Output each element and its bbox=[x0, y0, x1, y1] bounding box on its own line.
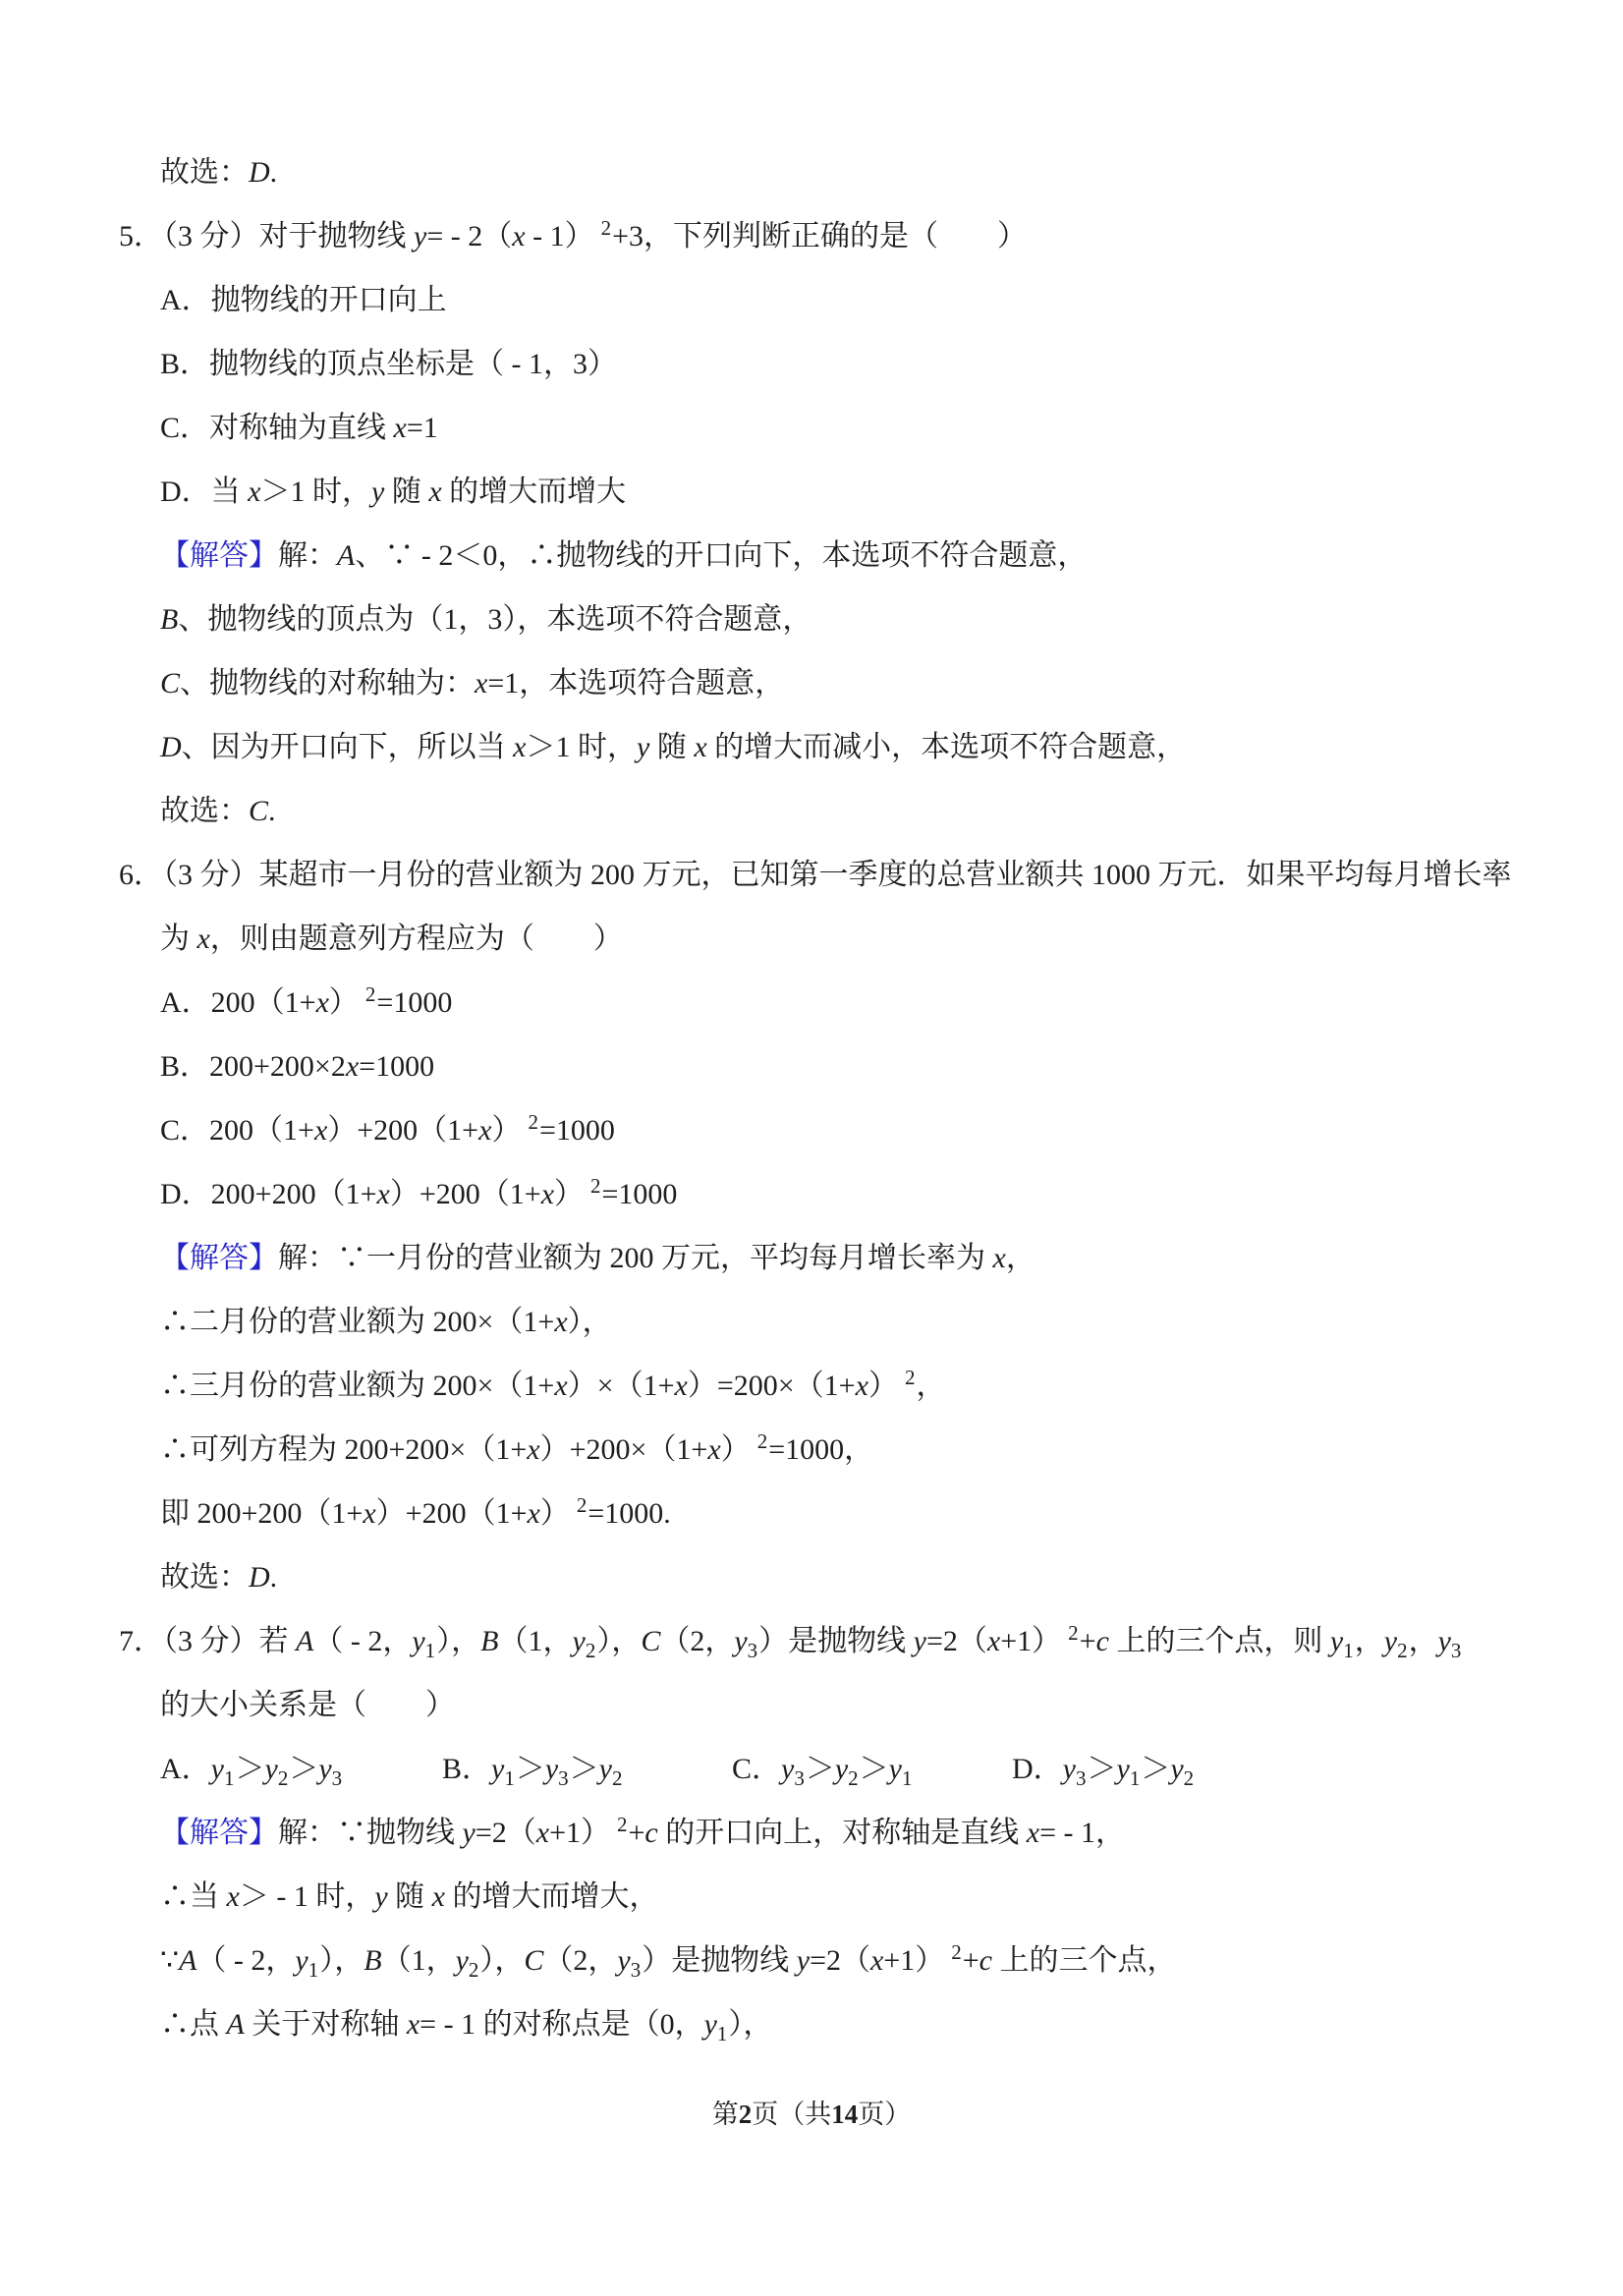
text-segment: y bbox=[734, 1625, 747, 1657]
text-segment: 2 bbox=[848, 1766, 859, 1790]
text-segment: y bbox=[914, 1625, 926, 1657]
text-segment: 2 bbox=[612, 1766, 623, 1790]
text-segment: x bbox=[248, 476, 260, 508]
text-segment: 故选： bbox=[160, 1561, 249, 1594]
text-segment: +1） bbox=[549, 1817, 610, 1849]
text-segment: =1000 bbox=[359, 1050, 434, 1083]
text-segment: +1） bbox=[1000, 1625, 1061, 1657]
text-line: 故选：D. bbox=[0, 140, 1623, 204]
text-segment: y bbox=[318, 1753, 331, 1785]
text-segment: y bbox=[637, 731, 649, 763]
text-line: A．抛物线的开口向上 bbox=[0, 268, 1623, 332]
text-segment: 1 bbox=[717, 2022, 728, 2045]
answer-label: 【解答】 bbox=[160, 1817, 278, 1849]
text-line: 6．（3 分）某超市一月份的营业额为 200 万元，已知第一季度的总营业额共 1… bbox=[0, 843, 1623, 907]
text-segment: ） bbox=[491, 1114, 521, 1147]
text-segment: 随 bbox=[388, 1880, 432, 1913]
text-segment: 1 bbox=[425, 1639, 436, 1662]
text-segment: y bbox=[889, 1753, 902, 1785]
text-line: C．200（1+x）+200（1+x）2=1000 bbox=[0, 1098, 1623, 1162]
answer-label: 【解答】 bbox=[160, 539, 278, 572]
text-segment: ）， bbox=[436, 1625, 480, 1657]
text-segment: x bbox=[541, 1178, 554, 1210]
text-segment: y bbox=[1330, 1625, 1343, 1657]
text-segment: y bbox=[374, 1880, 387, 1913]
text-segment: B bbox=[364, 1944, 381, 1977]
text-segment: x bbox=[536, 1817, 549, 1849]
text-segment: B．200+200×2 bbox=[160, 1050, 346, 1083]
text-segment: 关于对称轴 bbox=[245, 2008, 407, 2041]
text-segment: c bbox=[644, 1817, 657, 1849]
text-segment: 1 bbox=[902, 1766, 913, 1790]
text-segment: x bbox=[377, 1178, 390, 1210]
text-line: ∵A（ - 2，y1），B（1，y2），C（2，y3）是抛物线 y=2（x+1）… bbox=[0, 1929, 1623, 1992]
text-segment: = - 1， bbox=[1039, 1817, 1125, 1849]
text-segment: y bbox=[412, 1625, 424, 1657]
text-segment: ∴三月份的营业额为 200×（1+ bbox=[160, 1370, 554, 1402]
text-segment: 的开口向上，对称轴是直线 bbox=[658, 1817, 1027, 1849]
text-segment: ）， bbox=[596, 1625, 641, 1657]
text-segment: D． bbox=[1012, 1753, 1063, 1785]
text-segment: ， bbox=[916, 1370, 945, 1402]
text-segment: 3 bbox=[794, 1766, 805, 1790]
text-line: C．对称轴为直线 x=1 bbox=[0, 396, 1623, 460]
text-segment: + bbox=[1080, 1625, 1096, 1657]
text-segment: 3 bbox=[631, 1958, 642, 1982]
text-line: 即 200+200（1+x）+200（1+x）2=1000. bbox=[0, 1482, 1623, 1545]
text-segment: A．抛物线的开口向上 bbox=[160, 284, 447, 316]
text-segment: 解：∵抛物线 bbox=[278, 1817, 463, 1849]
text-segment: D bbox=[249, 1561, 270, 1594]
option-cell: A．y1＞y2＞y3 bbox=[160, 1737, 442, 1801]
text-line: A．200（1+x）2=1000 bbox=[0, 971, 1623, 1035]
text-segment: . bbox=[268, 795, 276, 827]
text-line: ∴三月份的营业额为 200×（1+x）×（1+x）=200×（1+x）2， bbox=[0, 1354, 1623, 1418]
text-segment: y bbox=[265, 1753, 278, 1785]
text-segment: C． bbox=[732, 1753, 781, 1785]
text-segment: ）+200×（1+ bbox=[540, 1433, 708, 1466]
text-segment: A bbox=[296, 1625, 313, 1657]
text-segment: C bbox=[249, 795, 268, 827]
text-segment: ＞ bbox=[289, 1753, 318, 1785]
text-segment: 解：∵一月份的营业额为 200 万元，平均每月增长率为 bbox=[278, 1242, 993, 1274]
text-segment: 3 bbox=[1076, 1766, 1087, 1790]
text-segment: =2（ bbox=[476, 1817, 536, 1849]
text-segment: 、因为开口向下，所以当 bbox=[182, 731, 514, 763]
text-segment: x bbox=[197, 923, 210, 955]
text-segment: 上的三个点， bbox=[992, 1944, 1177, 1977]
text-segment: 2 bbox=[1184, 1766, 1195, 1790]
text-segment: 2 bbox=[905, 1366, 916, 1389]
text-segment: B bbox=[480, 1625, 498, 1657]
text-line: C、抛物线的对称轴为：x=1，本选项符合题意， bbox=[0, 651, 1623, 715]
text-segment: =1000. bbox=[588, 1497, 670, 1530]
text-segment: y bbox=[463, 1817, 476, 1849]
text-segment: B．抛物线的顶点坐标是（ - 1，3） bbox=[160, 348, 617, 380]
text-segment: 故选： bbox=[160, 795, 249, 827]
text-segment: 的大小关系是（ ） bbox=[160, 1689, 455, 1721]
text-segment: ） bbox=[721, 1433, 751, 1466]
text-line: ∴二月份的营业额为 200×（1+x）， bbox=[0, 1290, 1623, 1354]
text-segment: x bbox=[428, 476, 441, 508]
text-segment: y bbox=[704, 2008, 717, 2041]
text-segment: y bbox=[1117, 1753, 1130, 1785]
text-segment: y bbox=[1170, 1753, 1183, 1785]
text-segment: + bbox=[629, 1817, 645, 1849]
text-segment: 2 bbox=[601, 216, 612, 240]
text-segment: y bbox=[1063, 1753, 1076, 1785]
text-segment: - 1） bbox=[526, 220, 594, 252]
text-segment: x bbox=[407, 2008, 420, 2041]
text-segment: x bbox=[856, 1370, 868, 1402]
text-segment: ＞ bbox=[516, 1753, 545, 1785]
text-segment: A．200（1+ bbox=[160, 986, 316, 1019]
text-segment: ∴当 bbox=[160, 1880, 227, 1913]
option-cell: C．y3＞y2＞y1 bbox=[732, 1737, 1012, 1801]
text-segment: y bbox=[781, 1753, 794, 1785]
text-segment: y bbox=[545, 1753, 558, 1785]
text-segment: 5．（3 分）对于抛物线 bbox=[119, 220, 414, 252]
text-segment: 1 bbox=[224, 1766, 235, 1790]
text-segment: 第 bbox=[712, 2100, 739, 2129]
text-segment: = - 1 的对称点是（0， bbox=[420, 2008, 703, 2041]
text-segment: ）， bbox=[568, 1306, 612, 1338]
text-segment: =1000 bbox=[539, 1114, 615, 1147]
text-segment: ，则由题意列方程应为（ ） bbox=[210, 923, 623, 955]
text-segment: 2 bbox=[757, 1429, 768, 1453]
text-segment: B． bbox=[442, 1753, 491, 1785]
text-segment: y bbox=[1438, 1625, 1451, 1657]
text-segment: x bbox=[675, 1370, 688, 1402]
text-segment: C bbox=[641, 1625, 660, 1657]
text-segment: x bbox=[694, 731, 706, 763]
text-segment: D bbox=[160, 731, 182, 763]
option-cell: B．y1＞y3＞y2 bbox=[442, 1737, 732, 1801]
text-segment: +3，下列判断正确的是（ ） bbox=[612, 220, 1027, 252]
text-segment: ∴可列方程为 200+200×（1+ bbox=[160, 1433, 527, 1466]
text-segment: 2 bbox=[1397, 1639, 1408, 1662]
text-segment: =1，本选项符合题意， bbox=[487, 667, 784, 700]
text-segment: 2 bbox=[469, 1958, 479, 1982]
text-line: 为 x，则由题意列方程应为（ ） bbox=[0, 907, 1623, 971]
text-segment: x bbox=[316, 986, 329, 1019]
text-segment: D bbox=[249, 156, 270, 189]
text-segment: 2 bbox=[528, 1110, 538, 1134]
text-line: 的大小关系是（ ） bbox=[0, 1673, 1623, 1737]
text-segment: y bbox=[1384, 1625, 1397, 1657]
text-segment: =2（ bbox=[926, 1625, 987, 1657]
text-line: 7．（3 分）若 A（ - 2，y1），B（1，y2），C（2，y3）是抛物线 … bbox=[0, 1609, 1623, 1673]
text-segment: x bbox=[512, 220, 525, 252]
text-segment: . bbox=[270, 1561, 278, 1594]
text-line: D．当 x＞1 时，y 随 x 的增大而增大 bbox=[0, 460, 1623, 524]
text-line: 【解答】解：∵抛物线 y=2（x+1）2+c 的开口向上，对称轴是直线 x= -… bbox=[0, 1801, 1623, 1865]
text-segment: 、∵ - 2＜0，∴抛物线的开口向下，本选项不符合题意， bbox=[355, 539, 1087, 572]
text-segment: ）+200（1+ bbox=[327, 1114, 478, 1147]
text-segment: ＞ bbox=[1141, 1753, 1170, 1785]
text-segment: ＞ bbox=[236, 1753, 265, 1785]
text-segment: C bbox=[160, 667, 180, 700]
text-segment: c bbox=[979, 1944, 992, 1977]
text-segment: =1000 bbox=[602, 1178, 678, 1210]
text-segment: 的增大而增大 bbox=[442, 476, 627, 508]
text-segment: ）， bbox=[479, 1944, 524, 1977]
text-segment: 的增大而减小，本选项不符合题意， bbox=[707, 731, 1187, 763]
text-segment: y bbox=[211, 1753, 224, 1785]
text-segment: y bbox=[371, 476, 384, 508]
text-segment: =1000， bbox=[768, 1433, 873, 1466]
text-segment: 3 bbox=[332, 1766, 343, 1790]
text-line: ∴点 A 关于对称轴 x= - 1 的对称点是（0，y1）， bbox=[0, 1992, 1623, 2056]
text-segment: （ - 2， bbox=[196, 1944, 295, 1977]
text-line: D．200+200（1+x）+200（1+x）2=1000 bbox=[0, 1162, 1623, 1226]
text-segment: ＞ bbox=[1088, 1753, 1117, 1785]
text-segment: x bbox=[478, 1114, 491, 1147]
text-segment: =1 bbox=[407, 412, 438, 444]
text-segment: ）+200（1+ bbox=[390, 1178, 541, 1210]
text-segment: x bbox=[993, 1242, 1006, 1274]
text-segment: x bbox=[513, 731, 526, 763]
text-segment: 2 bbox=[577, 1493, 588, 1517]
text-segment: ＞ bbox=[806, 1753, 835, 1785]
text-segment: ） bbox=[868, 1370, 898, 1402]
text-segment: + bbox=[963, 1944, 979, 1977]
text-segment: 1 bbox=[1130, 1766, 1141, 1790]
text-line: D、因为开口向下，所以当 x＞1 时，y 随 x 的增大而减小，本选项不符合题意… bbox=[0, 715, 1623, 779]
text-segment: ）=200×（1+ bbox=[688, 1370, 856, 1402]
text-segment: y bbox=[295, 1944, 308, 1977]
text-line: ∴当 x＞ - 1 时，y 随 x 的增大而增大， bbox=[0, 1865, 1623, 1929]
option-cell: D．y3＞y1＞y2 bbox=[1012, 1737, 1195, 1801]
text-segment: y bbox=[491, 1753, 504, 1785]
text-segment: y bbox=[617, 1944, 630, 1977]
text-segment: y bbox=[599, 1753, 612, 1785]
text-segment: （2， bbox=[660, 1625, 734, 1657]
text-segment: =1000 bbox=[376, 986, 452, 1019]
text-segment: x bbox=[1027, 1817, 1039, 1849]
text-segment: 页） bbox=[858, 2100, 911, 2129]
text-segment: x bbox=[346, 1050, 359, 1083]
text-segment: A bbox=[337, 539, 355, 572]
answer-label: 【解答】 bbox=[160, 1242, 278, 1274]
text-segment: x bbox=[987, 1625, 1000, 1657]
text-segment: ＞1 时， bbox=[261, 476, 372, 508]
text-segment: 2 bbox=[590, 1174, 601, 1198]
text-segment: ＞ - 1 时， bbox=[240, 1880, 375, 1913]
text-segment: 为 bbox=[160, 923, 197, 955]
text-segment: 、抛物线的对称轴为： bbox=[180, 667, 475, 700]
text-line: 【解答】解：∵一月份的营业额为 200 万元，平均每月增长率为 x， bbox=[0, 1226, 1623, 1290]
text-segment: = - 2（ bbox=[426, 220, 512, 252]
text-segment: 随 bbox=[649, 731, 694, 763]
text-segment: ）是抛物线 bbox=[642, 1944, 797, 1977]
text-segment: y bbox=[797, 1944, 810, 1977]
text-line: ∴可列方程为 200+200×（1+x）+200×（1+x）2=1000， bbox=[0, 1418, 1623, 1482]
text-segment: A． bbox=[160, 1753, 211, 1785]
text-segment: （1， bbox=[498, 1625, 572, 1657]
text-segment: x bbox=[227, 1880, 240, 1913]
text-segment: ）是抛物线 bbox=[758, 1625, 914, 1657]
text-segment: A bbox=[227, 2008, 245, 2041]
text-segment: 上的三个点，则 bbox=[1109, 1625, 1330, 1657]
text-segment: x bbox=[554, 1370, 567, 1402]
text-segment: . bbox=[270, 156, 278, 189]
text-segment: ）， bbox=[319, 1944, 364, 1977]
text-segment: ， bbox=[1409, 1625, 1438, 1657]
text-segment: 2 bbox=[617, 1813, 628, 1836]
text-segment: A bbox=[179, 1944, 196, 1977]
text-segment: 页（共 bbox=[752, 2100, 831, 2129]
text-segment: 1 bbox=[308, 1958, 319, 1982]
text-segment: （1， bbox=[382, 1944, 456, 1977]
text-segment: 7．（3 分）若 bbox=[119, 1625, 296, 1657]
text-segment: x bbox=[870, 1944, 883, 1977]
text-segment: 2 bbox=[739, 2100, 753, 2129]
text-segment: x bbox=[707, 1433, 720, 1466]
text-segment: ）×（1+ bbox=[568, 1370, 675, 1402]
text-segment: ） bbox=[540, 1497, 570, 1530]
text-segment: 2 bbox=[586, 1639, 596, 1662]
document-page: 故选：D.5．（3 分）对于抛物线 y= - 2（x - 1）2+3，下列判断正… bbox=[0, 0, 1623, 2056]
text-segment: D．当 bbox=[160, 476, 248, 508]
text-segment: ＞ bbox=[860, 1753, 889, 1785]
text-segment: c bbox=[1096, 1625, 1109, 1657]
text-segment: D．200+200（1+ bbox=[160, 1178, 377, 1210]
text-segment: 2 bbox=[951, 1940, 962, 1964]
text-segment: （2， bbox=[543, 1944, 617, 1977]
page-footer: 第2页（共14页） bbox=[0, 2083, 1623, 2147]
text-segment: 3 bbox=[748, 1639, 758, 1662]
text-segment: x bbox=[314, 1114, 327, 1147]
text-segment: x bbox=[528, 1497, 540, 1530]
text-segment: 1 bbox=[1343, 1639, 1354, 1662]
text-segment: 2 bbox=[365, 982, 376, 1006]
text-segment: y bbox=[456, 1944, 469, 1977]
text-segment: y bbox=[414, 220, 426, 252]
text-segment: x bbox=[527, 1433, 539, 1466]
text-segment: （ - 2， bbox=[313, 1625, 412, 1657]
text-segment: 2 bbox=[1068, 1621, 1079, 1645]
text-segment: x bbox=[432, 1880, 445, 1913]
text-segment: 14 bbox=[831, 2100, 858, 2129]
text-segment: ∴二月份的营业额为 200×（1+ bbox=[160, 1306, 554, 1338]
text-segment: 即 200+200（1+ bbox=[160, 1497, 363, 1530]
text-segment: 6．（3 分）某超市一月份的营业额为 200 万元，已知第一季度的总营业额共 1… bbox=[119, 859, 1512, 891]
text-segment: ） bbox=[329, 986, 359, 1019]
text-segment: 、抛物线的顶点为（1，3），本选项不符合题意， bbox=[178, 603, 811, 636]
text-segment: 的增大而增大， bbox=[445, 1880, 659, 1913]
text-line: 5．（3 分）对于抛物线 y= - 2（x - 1）2+3，下列判断正确的是（ … bbox=[0, 204, 1623, 268]
text-segment: 解： bbox=[278, 539, 337, 572]
text-segment: x bbox=[363, 1497, 375, 1530]
text-line: 故选：D. bbox=[0, 1545, 1623, 1609]
text-segment: x bbox=[475, 667, 487, 700]
text-segment: ＞1 时， bbox=[527, 731, 638, 763]
text-line: B、抛物线的顶点为（1，3），本选项不符合题意， bbox=[0, 588, 1623, 651]
text-segment: 3 bbox=[1451, 1639, 1462, 1662]
text-segment: =2（ bbox=[810, 1944, 870, 1977]
text-segment: ∵ bbox=[160, 1944, 179, 1977]
text-segment: ）， bbox=[728, 2008, 772, 2041]
text-segment: ）+200（1+ bbox=[376, 1497, 528, 1530]
text-segment: ∴点 bbox=[160, 2008, 227, 2041]
text-segment: 3 bbox=[558, 1766, 569, 1790]
text-segment: +1） bbox=[883, 1944, 944, 1977]
text-segment: 1 bbox=[504, 1766, 515, 1790]
text-segment: ＞ bbox=[570, 1753, 599, 1785]
text-segment: 2 bbox=[278, 1766, 289, 1790]
text-segment: x bbox=[554, 1306, 567, 1338]
options-row: A．y1＞y2＞y3B．y1＞y3＞y2C．y3＞y2＞y1D．y3＞y1＞y2 bbox=[0, 1737, 1623, 1801]
text-segment: C．200（1+ bbox=[160, 1114, 314, 1147]
text-line: 【解答】解：A、∵ - 2＜0，∴抛物线的开口向下，本选项不符合题意， bbox=[0, 524, 1623, 588]
text-segment: C．对称轴为直线 bbox=[160, 412, 394, 444]
text-line: 故选：C. bbox=[0, 779, 1623, 843]
text-segment: x bbox=[394, 412, 407, 444]
text-segment: y bbox=[572, 1625, 585, 1657]
text-segment: 随 bbox=[384, 476, 428, 508]
text-segment: ， bbox=[1006, 1242, 1035, 1274]
text-line: B．200+200×2x=1000 bbox=[0, 1035, 1623, 1098]
text-segment: C bbox=[524, 1944, 543, 1977]
text-segment: 故选： bbox=[160, 156, 249, 189]
text-segment: B bbox=[160, 603, 178, 636]
text-segment: ） bbox=[554, 1178, 584, 1210]
text-segment: y bbox=[835, 1753, 848, 1785]
text-line: B．抛物线的顶点坐标是（ - 1，3） bbox=[0, 332, 1623, 396]
text-segment: ， bbox=[1355, 1625, 1384, 1657]
